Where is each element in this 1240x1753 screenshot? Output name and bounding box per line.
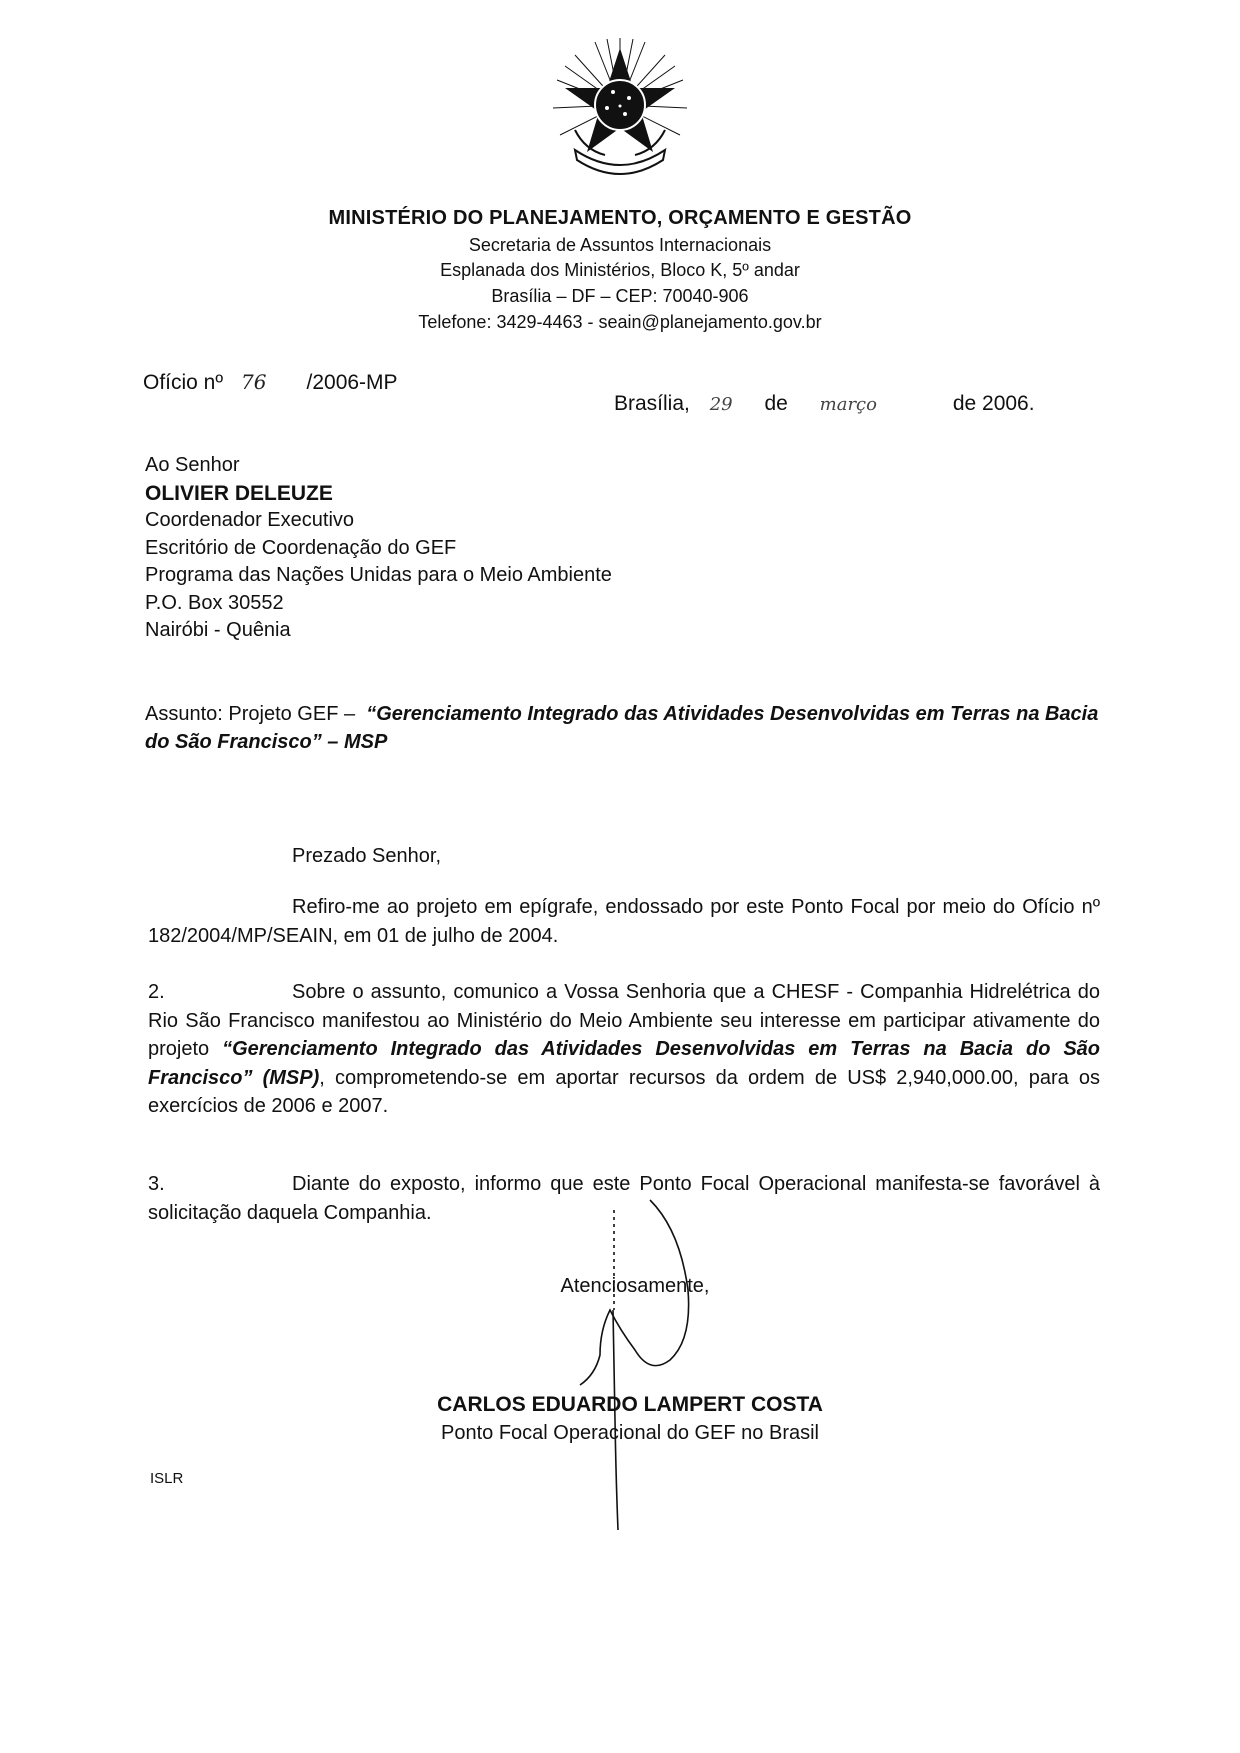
date-month-handwritten: março [820, 394, 877, 415]
date-city: Brasília, [614, 392, 690, 415]
date-day-handwritten: 29 [710, 394, 733, 415]
address-line: Esplanada dos Ministérios, Bloco K, 5º a… [0, 260, 1240, 281]
subject-label: Assunto: Projeto GEF – [145, 703, 355, 725]
recipient-line: Programa das Nações Unidas para o Meio A… [145, 562, 612, 590]
recipient-line: Coordenador Executivo [145, 507, 612, 535]
signatory-name: CARLOS EDUARDO LAMPERT COSTA [0, 1393, 1240, 1417]
date-line: Brasília, 29 de março de 2006. [614, 392, 1094, 416]
recipient-name: OLIVIER DELEUZE [145, 480, 612, 508]
department-line: Secretaria de Assuntos Internacionais [0, 235, 1240, 256]
recipient-line: Nairóbi - Quênia [145, 617, 612, 645]
paragraph-number: 3. [148, 1170, 292, 1199]
paragraph-number: 2. [148, 978, 292, 1007]
recipient-block: Ao Senhor OLIVIER DELEUZE Coordenador Ex… [145, 452, 612, 645]
handwritten-signature [540, 1190, 740, 1540]
recipient-line: Escritório de Coordenação do GEF [145, 535, 612, 563]
contact-line: Telefone: 3429-4463 - seain@planejamento… [0, 312, 1240, 333]
date-year: de 2006. [953, 392, 1035, 415]
brazil-coat-of-arms-icon [545, 30, 695, 190]
recipient-salutation: Ao Senhor [145, 452, 612, 480]
reference-handwritten-number: 76 [241, 370, 266, 394]
recipient-line: P.O. Box 30552 [145, 590, 612, 618]
reference-suffix: /2006-MP [307, 371, 398, 394]
typist-initials: ISLR [150, 1470, 183, 1487]
greeting: Prezado Senhor, [292, 845, 441, 868]
reference-number: Ofício nº76/2006-MP [143, 370, 398, 395]
paragraph-1: Refiro-me ao projeto em epígrafe, endoss… [148, 893, 1100, 950]
paragraph-2: 2.Sobre o assunto, comunico a Vossa Senh… [148, 978, 1100, 1121]
subject-line: Assunto: Projeto GEF – “Gerenciamento In… [145, 700, 1100, 756]
signatory-title: Ponto Focal Operacional do GEF no Brasil [0, 1422, 1240, 1445]
reference-label: Ofício nº [143, 371, 223, 394]
ministry-title: MINISTÉRIO DO PLANEJAMENTO, ORÇAMENTO E … [0, 207, 1240, 230]
date-de: de [764, 392, 787, 415]
city-line: Brasília – DF – CEP: 70040-906 [0, 286, 1240, 307]
